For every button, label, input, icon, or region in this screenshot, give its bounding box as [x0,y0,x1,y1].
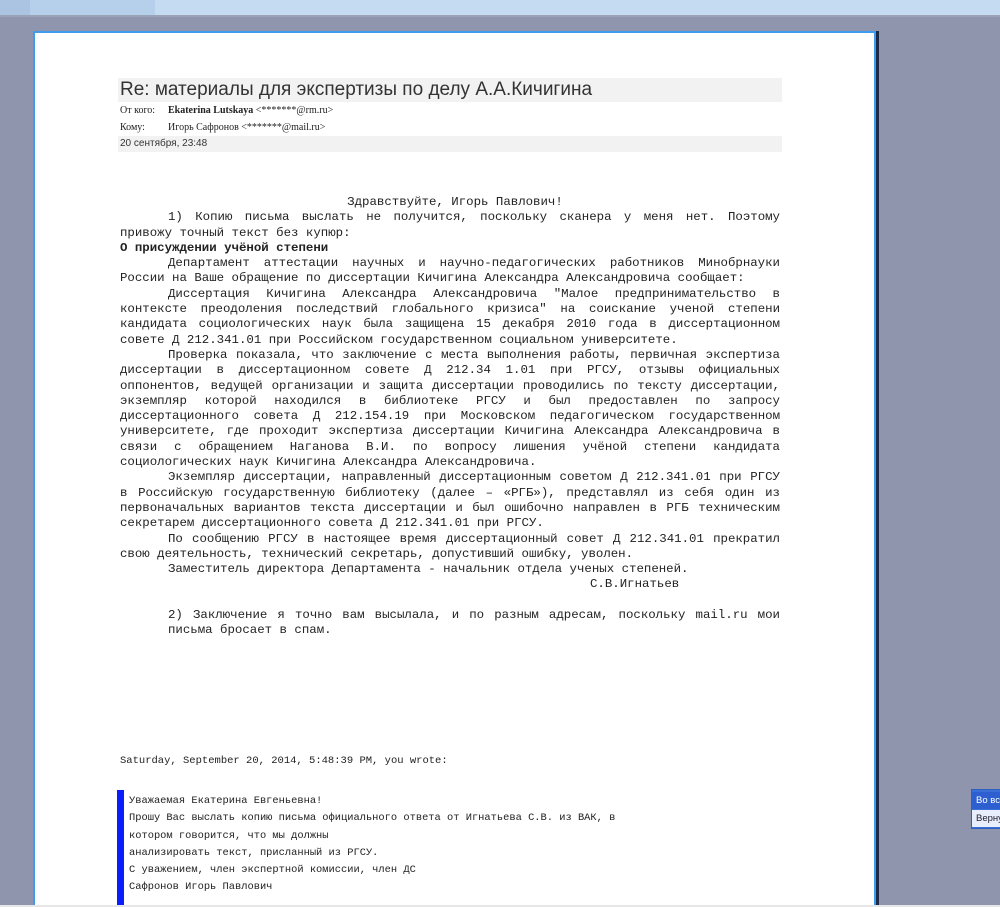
quoted-line: анализировать текст, присланный из РГСУ. [129,845,757,862]
tab-icon [0,0,30,15]
quoted-line: котором говорится, что мы должны [129,828,757,845]
point-1: 1) Копию письма выслать не получится, по… [120,210,780,241]
greeting: Здравствуйте, Игорь Павлович! [120,195,780,210]
quoted-line: Сафронов Игорь Павлович [129,879,757,896]
signature-name: С.В.Игнатьев [120,577,780,592]
paragraph: Проверка показала, что заключение с мест… [120,348,780,470]
sender-name[interactable]: Ekaterina Lutskaya [168,105,253,116]
quoted-line: С уважением, член экспертной комиссии, ч… [129,862,757,879]
from-label: От кого: [120,102,168,119]
paragraph: Диссертация Кичигина Александра Александ… [120,287,780,348]
quoted-message: Уважаемая Екатерина Евгеньевна! Прошу Ва… [117,790,757,907]
context-menu-item[interactable]: Во всех [972,792,1000,809]
to-row: Кому:Игорь Сафронов <*******@mail.ru> [118,119,782,136]
reply-header: Saturday, September 20, 2014, 5:48:39 PM… [120,755,448,767]
sender-address[interactable]: <*******@rm.ru> [256,105,333,116]
signature-title: Заместитель директора Департамента - нач… [120,562,780,577]
email-header: Re: материалы для экспертизы по делу А.А… [118,78,782,152]
quoted-heading: О присуждении учёной степени [120,241,780,256]
context-menu: Во всех Вернуть [971,789,1000,829]
quoted-line: Прошу Вас выслать копию письма официальн… [129,810,757,827]
window-top-bar [0,0,1000,17]
email-body: Здравствуйте, Игорь Павлович! 1) Копию п… [120,195,780,638]
email-date: 20 сентября, 23:48 [118,136,782,152]
quoted-line: Уважаемая Екатерина Евгеньевна! [129,793,757,810]
point-2: 2) Заключение я точно вам высылала, и по… [120,608,780,639]
paragraph: Экземпляр диссертации, направленный дисс… [120,470,780,531]
paragraph: По сообщению РГСУ в настоящее время дисс… [120,532,780,563]
browser-tab[interactable] [0,0,155,15]
to-label: Кому: [120,119,168,136]
recipient[interactable]: Игорь Сафронов <*******@mail.ru> [168,122,325,133]
from-row: От кого:Ekaterina Lutskaya <*******@rm.r… [118,102,782,119]
paragraph: Департамент аттестации научных и научно-… [120,256,780,287]
context-menu-item[interactable]: Вернуть [972,810,1000,827]
email-subject: Re: материалы для экспертизы по делу А.А… [118,78,782,102]
